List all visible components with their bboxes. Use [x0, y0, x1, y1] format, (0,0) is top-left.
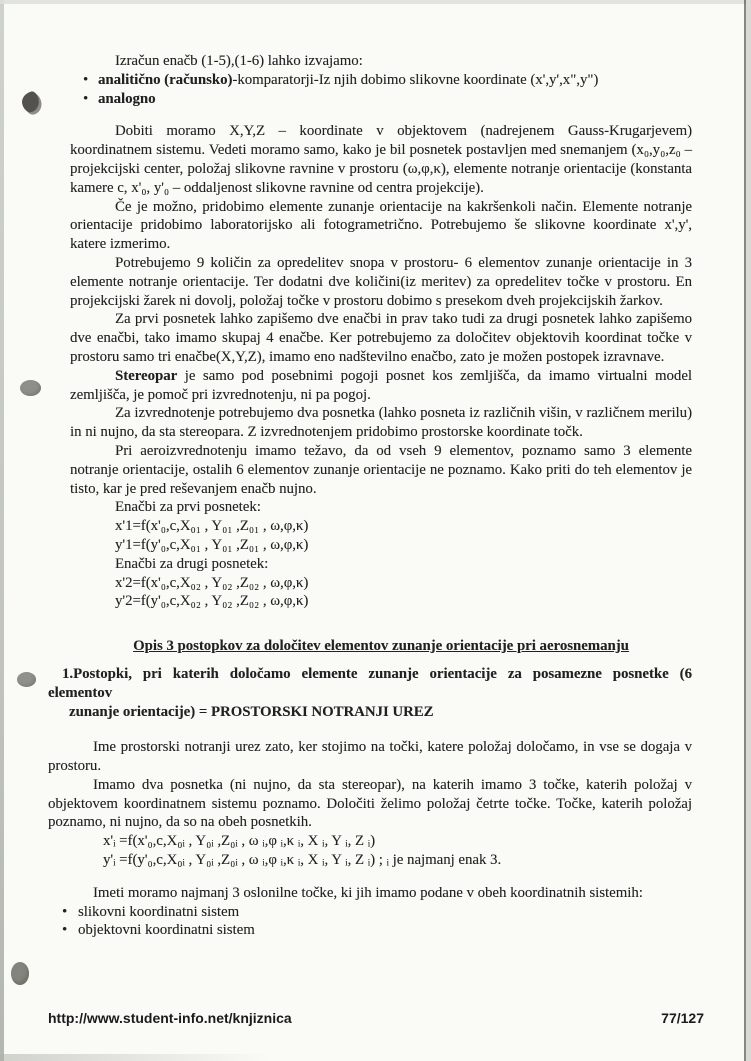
stereopar-bold-lead: Stereopar: [115, 368, 177, 384]
list-item: • slikovni koordinatni sistem: [48, 903, 692, 922]
paragraph: Dobiti moramo X,Y,Z – koordinate v objek…: [70, 122, 692, 197]
section-heading: Opis 3 postopkov za določitev elementov …: [70, 637, 692, 656]
list-item-bold-lead: analogno: [98, 91, 156, 107]
paragraph: Pri aeroizvrednotenju imamo težavo, da o…: [70, 442, 692, 498]
equation: y'ᵢ =f(y'₀,c,X₀ᵢ , Y₀ᵢ ,Z₀ᵢ , ω ᵢ,φ ᵢ,κ …: [48, 851, 692, 870]
scan-edge-right-line: [744, 0, 746, 1061]
footer-page-number: 77/127: [661, 1010, 704, 1026]
closing-line: Imeti moramo najmanj 3 oslonilne točke, …: [48, 884, 692, 903]
equation: x'1=f(x'₀,c,X₀₁ , Y₀₁ ,Z₀₁ , ω,φ,κ): [70, 517, 692, 536]
bullet-icon: •: [83, 90, 90, 109]
equation-label: Enačbi za prvi posnetek:: [70, 498, 692, 517]
list-item-text: objektovni koordinatni sistem: [78, 921, 255, 940]
subsection-heading: 1.Postopki, pri katerih določamo element…: [48, 665, 692, 721]
punch-hole-mark: [17, 672, 36, 687]
list-item-text: analitično (računsko)-komparatorji-Iz nj…: [98, 71, 598, 90]
bullet-icon: •: [62, 921, 69, 940]
equation: x'2=f(x'₀,c,X₀₂ , Y₀₂ ,Z₀₂ , ω,φ,κ): [70, 574, 692, 593]
paragraph: Za prvi posnetek lahko zapišemo dve enač…: [70, 310, 692, 366]
list-item: • analogno: [70, 90, 692, 109]
list-item: • analitično (računsko)-komparatorji-Iz …: [70, 71, 692, 90]
scan-smudge-mark: [20, 90, 41, 114]
subsection-heading-line: zunanje orientacije) = PROSTORSKI NOTRAN…: [48, 703, 692, 722]
paragraph: Za izvrednotenje potrebujemo dva posnetk…: [70, 404, 692, 442]
list-item-text: slikovni koordinatni sistem: [78, 903, 239, 922]
punch-hole-mark: [11, 962, 29, 985]
scan-edge-right: [746, 0, 751, 1061]
equation: y'1=f(y'₀,c,X₀₁ , Y₀₁ ,Z₀₁ , ω,φ,κ): [70, 536, 692, 555]
method-bullet-list: • analitično (računsko)-komparatorji-Iz …: [70, 71, 692, 109]
bullet-icon: •: [83, 71, 90, 90]
list-item: • objektovni koordinatni sistem: [48, 921, 692, 940]
subsection-heading-line: 1.Postopki, pri katerih določamo element…: [48, 665, 692, 684]
paragraph: Ime prostorski notranji urez zato, ker s…: [48, 738, 692, 776]
equation-label: Enačbi za drugi posnetek:: [70, 555, 692, 574]
scan-edge-bottom-smudge: [0, 1054, 270, 1061]
bullet-icon: •: [62, 903, 69, 922]
coordinate-system-bullet-list: • slikovni koordinatni sistem • objektov…: [48, 903, 692, 941]
equation: y'2=f(y'₀,c,X₀₂ , Y₀₂ ,Z₀₂ , ω,φ,κ): [70, 592, 692, 611]
punch-hole-mark: [20, 380, 41, 396]
equation: x'ᵢ =f(x'₀,c,X₀ᵢ , Y₀ᵢ ,Z₀ᵢ , ω ᵢ,φ ᵢ,κ …: [48, 832, 692, 851]
footer-url: http://www.student-info.net/knjiznica: [48, 1010, 292, 1026]
paragraph: Če je možno, pridobimo elemente zunanje …: [70, 198, 692, 254]
scanned-document-page: Izračun enačb (1-5),(1-6) lahko izvajamo…: [0, 0, 751, 1061]
paragraph-stereopar: Stereopar je samo pod posebnimi pogoji p…: [70, 367, 692, 405]
scan-edge-left: [0, 0, 4, 1061]
paragraph: Potrebujemo 9 količin za opredelitev sno…: [70, 254, 692, 310]
subsection-heading-line: elementov: [48, 684, 692, 703]
list-item-bold-lead: analitično (računsko): [98, 72, 232, 88]
intro-line: Izračun enačb (1-5),(1-6) lahko izvajamo…: [70, 52, 692, 71]
section-2: 1.Postopki, pri katerih določamo element…: [48, 665, 692, 940]
list-item-text: analogno: [98, 90, 156, 109]
paragraph: Imamo dva posnetka (ni nujno, da sta ste…: [48, 776, 692, 832]
document-body: Izračun enačb (1-5),(1-6) lahko izvajamo…: [70, 0, 692, 940]
